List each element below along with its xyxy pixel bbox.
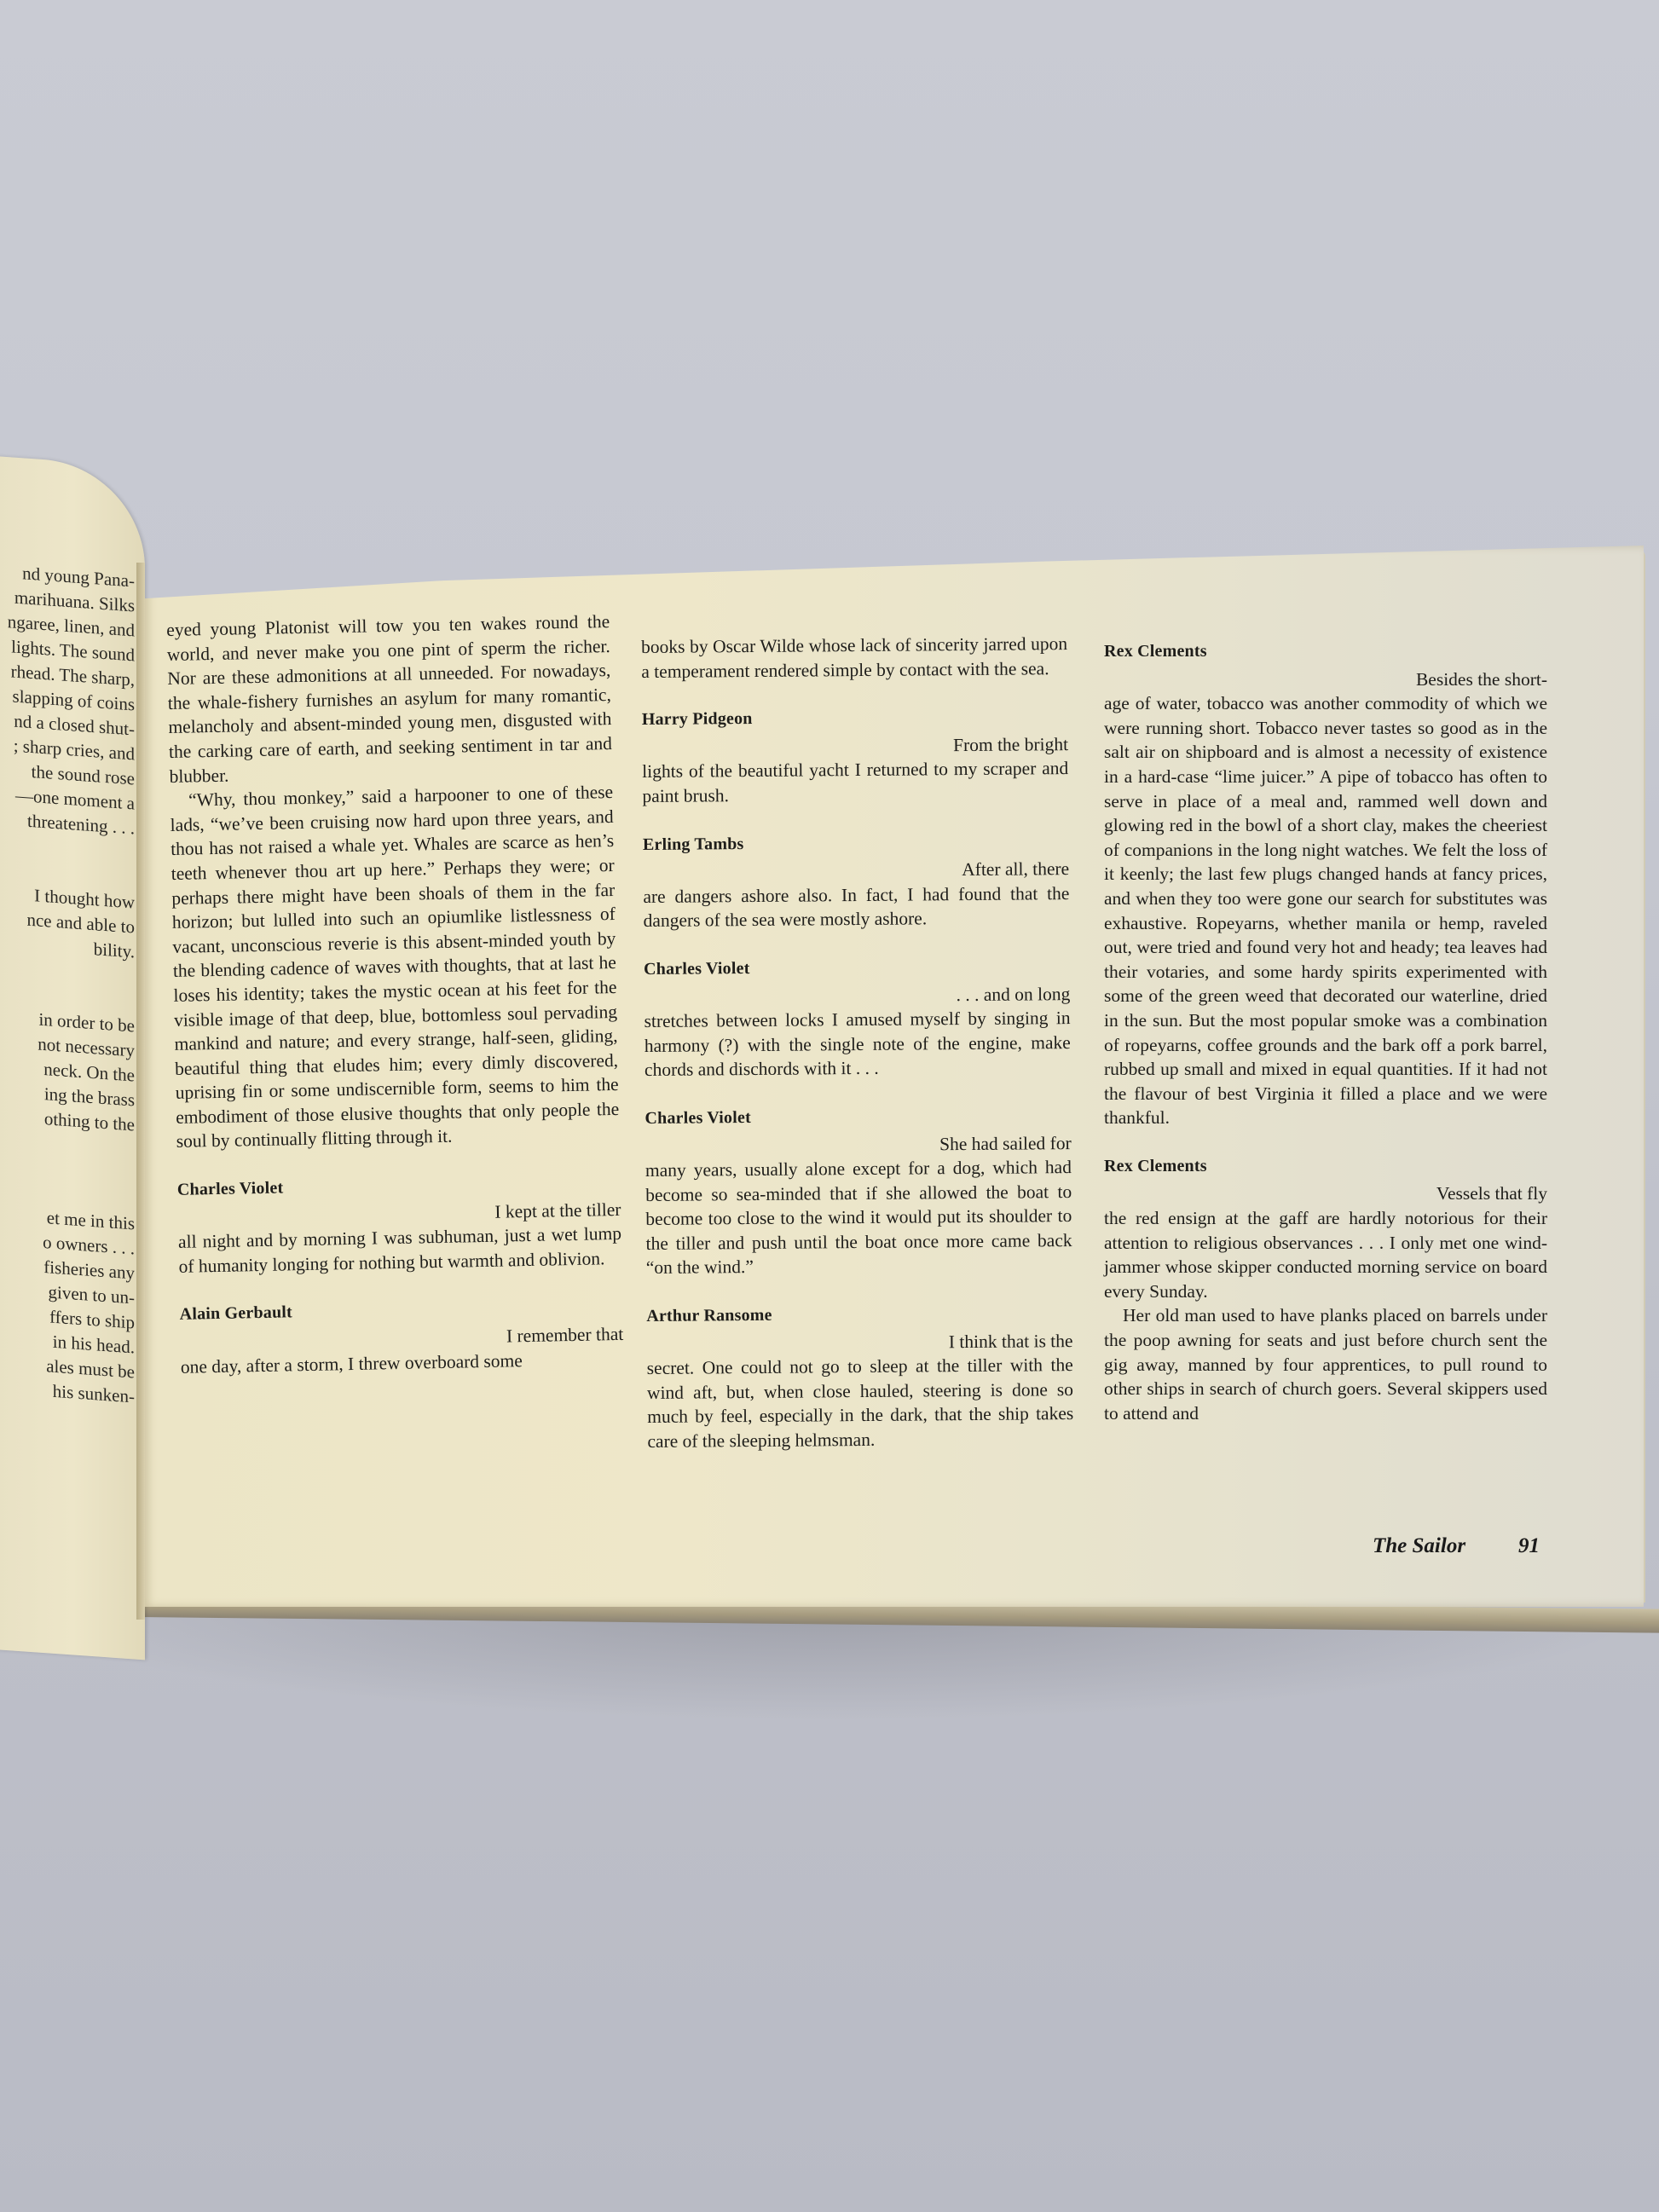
- book-gutter: [136, 563, 145, 1620]
- page-number: 91: [1518, 1534, 1540, 1557]
- running-footer: The Sailor91: [1373, 1534, 1540, 1558]
- paragraph: “Why, thou monkey,” said a harpooner to …: [170, 780, 620, 1154]
- quote-lead: From the bright: [642, 732, 1068, 760]
- left-page-text-fragment: bility.: [94, 936, 135, 964]
- quote-text: Vessels that flythe red ensign at the ga…: [1104, 1181, 1547, 1303]
- paragraph: eyed young Platonist will tow you ten wa…: [166, 609, 613, 788]
- quote-author: Alain Gerbault: [179, 1294, 622, 1327]
- quote-lead: I remember that: [180, 1322, 623, 1355]
- quote-lead: She had sailed for: [645, 1131, 1072, 1159]
- quote-body: lights of the beautiful yacht I returned…: [642, 758, 1068, 806]
- quote-body: are dangers ashore also. In fact, I had …: [643, 883, 1069, 932]
- quote-author: Charles Violet: [177, 1170, 621, 1203]
- quote-text: From the brightlights of the beautiful y…: [642, 732, 1069, 809]
- quote-author: Harry Pidgeon: [642, 704, 1068, 732]
- quote-body: stretches between locks I amused myself …: [644, 1008, 1070, 1080]
- left-page-text-fragment: othing to the: [44, 1106, 135, 1137]
- quote-author: Rex Clements: [1104, 639, 1547, 664]
- quote-text: Besides the short-age of water, tobacco …: [1104, 667, 1547, 1130]
- quote-body: age of water, tobacco was another commod…: [1104, 693, 1547, 1128]
- quote-text: I remember thatone day, after a storm, I…: [180, 1322, 624, 1379]
- text-column-3: Rex Clements Besides the short-age of wa…: [1104, 639, 1547, 1425]
- quote-text: I kept at the tillerall night and by mor…: [177, 1198, 622, 1279]
- quote-lead: Vessels that fly: [1104, 1181, 1547, 1206]
- left-page-curled: nd young Pana-marihuana. Silksngaree, li…: [0, 454, 145, 1660]
- quote-author: Charles Violet: [645, 1103, 1071, 1131]
- quote-body: the red ensign at the gaff are hardly no…: [1104, 1208, 1547, 1302]
- quote-text: I think that is thesecret. One could not…: [646, 1329, 1073, 1454]
- quote-author: Rex Clements: [1104, 1154, 1547, 1179]
- quote-text: After all, thereare dangers ashore also.…: [643, 857, 1070, 933]
- running-title: The Sailor: [1373, 1534, 1465, 1557]
- quote-author: Erling Tambs: [643, 829, 1069, 858]
- quote-lead: Besides the short-: [1104, 667, 1547, 692]
- quote-lead: . . . and on long: [644, 982, 1070, 1010]
- quote-lead: I think that is the: [646, 1329, 1072, 1357]
- quote-author: Arthur Ransome: [646, 1301, 1072, 1329]
- quote-text: . . . and on longstretches between locks…: [644, 982, 1071, 1083]
- text-column-1: eyed young Platonist will tow you ten wa…: [166, 609, 624, 1379]
- quote-body: many years, usually alone except for a d…: [645, 1157, 1072, 1278]
- paragraph: Her old man used to have planks placed o…: [1104, 1303, 1547, 1425]
- quote-author: Charles Violet: [644, 954, 1070, 982]
- text-column-2: books by Oscar Wilde whose lack of since…: [641, 632, 1074, 1454]
- quote-lead: After all, there: [643, 857, 1069, 885]
- quote-body: all night and by morning I was subhuman,…: [178, 1223, 621, 1277]
- quote-text: She had sailed formany years, usually al…: [645, 1131, 1072, 1280]
- paragraph: books by Oscar Wilde whose lack of since…: [641, 632, 1067, 684]
- left-page-text-fragment: his sunken-: [53, 1378, 135, 1410]
- quote-body: one day, after a storm, I threw overboar…: [181, 1350, 523, 1377]
- quote-body: secret. One could not go to sleep at the…: [647, 1354, 1074, 1452]
- photo-scene: nd young Pana-marihuana. Silksngaree, li…: [0, 0, 1659, 2212]
